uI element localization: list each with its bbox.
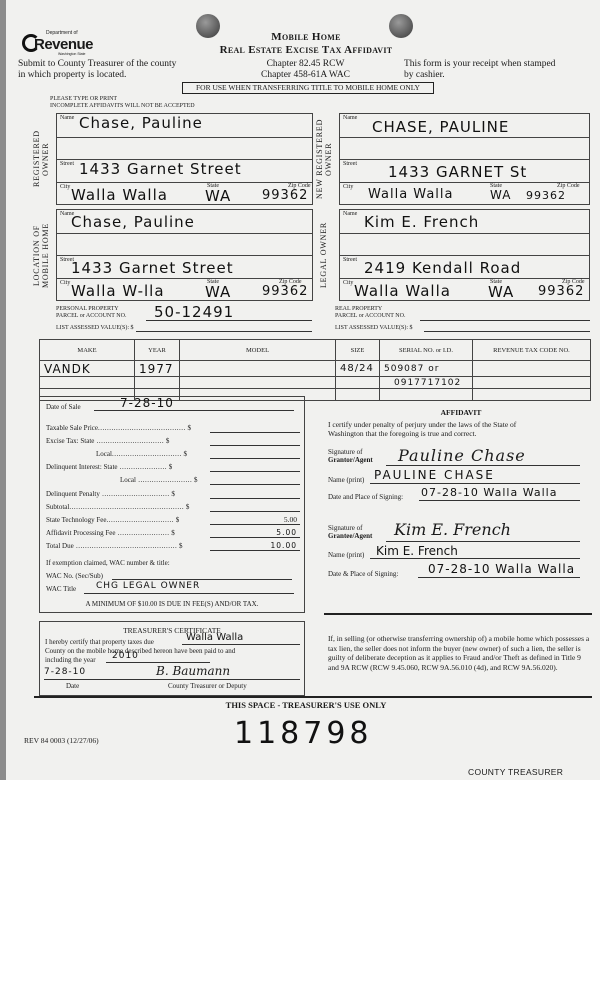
real-property-parcel-field[interactable] bbox=[420, 313, 590, 321]
fee-label: Local bbox=[120, 476, 136, 484]
header-serial: SERIAL NO. or I.D. bbox=[380, 340, 473, 361]
treasurer-line3: including the year bbox=[45, 656, 96, 664]
currency-symbol: $ bbox=[171, 529, 175, 537]
submit-note-line2: in which property is located. bbox=[18, 70, 176, 81]
fee-label: Total Due bbox=[46, 542, 74, 550]
legal-owner-name[interactable]: Kim E. French bbox=[364, 213, 479, 231]
currency-symbol: $ bbox=[171, 490, 175, 498]
grantor-name-label: Name (print) bbox=[328, 476, 364, 484]
serial-cell[interactable]: 509087 or bbox=[380, 361, 473, 377]
real-property-label: REAL PROPERTY PARCEL or ACCOUNT NO. bbox=[335, 306, 405, 320]
location-street-row[interactable]: Street 1433 Garnet Street bbox=[57, 256, 312, 279]
legal-owner-street[interactable]: 2419 Kendall Road bbox=[364, 259, 521, 277]
treasurer-signature-line[interactable]: 7-28-10 B. Baumann bbox=[44, 668, 300, 680]
section-label-line1: LOCATION OF bbox=[32, 224, 41, 285]
location-name-row2[interactable] bbox=[57, 234, 312, 256]
location-box: Name Chase, Pauline Street 1433 Garnet S… bbox=[56, 209, 313, 301]
treasurer-county-field[interactable]: Walla Walla bbox=[182, 634, 300, 645]
year-cell[interactable]: 1977 bbox=[135, 361, 180, 377]
submit-note: Submit to County Treasurer of the county… bbox=[18, 59, 176, 81]
street-label: Street bbox=[343, 257, 357, 263]
location-name-row[interactable]: Name Chase, Pauline bbox=[57, 210, 312, 234]
location-zip[interactable]: 99362 bbox=[262, 284, 308, 299]
location-of-mobile-home-label: LOCATION OF MOBILE HOME bbox=[32, 209, 54, 301]
treasurer-signature: B. Baumann bbox=[156, 664, 230, 678]
wac-title-field[interactable]: Chg Legal Owner bbox=[84, 582, 294, 594]
new-owner-city[interactable]: Walla Walla bbox=[368, 187, 454, 202]
serial-cell[interactable] bbox=[380, 389, 473, 401]
personal-assessed-label: LIST ASSESSED VALUE(S): $ bbox=[56, 325, 134, 332]
fee-label: Affidavit Processing Fee bbox=[46, 529, 115, 537]
receipt-note-line2: by cashier. bbox=[404, 70, 555, 81]
wac-title-value[interactable]: Chg Legal Owner bbox=[96, 581, 200, 591]
legal-owner-name-row2[interactable] bbox=[340, 234, 589, 256]
fee-row-total-due: Total Due ..............................… bbox=[46, 542, 182, 550]
new-registered-owner-label: NEW REGISTERED OWNER bbox=[315, 113, 337, 205]
currency-symbol: $ bbox=[183, 450, 187, 458]
chapter-references: Chapter 82.45 RCW Chapter 458-61A WAC bbox=[261, 59, 350, 81]
registered-owner-zip[interactable]: 99362 bbox=[262, 188, 308, 203]
name-label: Name bbox=[343, 115, 357, 121]
treasurer-deputy-label: County Treasurer or Deputy bbox=[168, 682, 247, 690]
new-owner-zip[interactable]: 99362 bbox=[526, 189, 566, 202]
model-cell[interactable] bbox=[180, 361, 336, 377]
fee-label: Subtotal bbox=[46, 503, 69, 511]
year-cell[interactable] bbox=[135, 377, 180, 389]
grantee-date-place-field[interactable]: 07-28-10 Walla Walla bbox=[418, 563, 580, 578]
table-row: VANDK 1977 48/24 509087 or bbox=[40, 361, 591, 377]
city-label: City bbox=[60, 280, 70, 286]
legal-owner-city[interactable]: Walla Walla bbox=[354, 282, 451, 300]
location-city-row[interactable]: City Walla W-lla State WA Zip Code 99362 bbox=[57, 279, 312, 302]
fee-row-delinquent-local: Local ........................ $ bbox=[120, 476, 197, 484]
grantee-name-label: Name (print) bbox=[328, 551, 364, 559]
real-assessed-label: LIST ASSESSED VALUE(S): $ bbox=[335, 325, 413, 332]
new-registered-owner-box: Name CHASE, PAULINE Street 1433 GARNET S… bbox=[339, 113, 590, 205]
treasurer-year-value[interactable]: 2010 bbox=[112, 651, 139, 661]
section-label-line1: REGISTERED bbox=[32, 131, 41, 188]
model-cell[interactable] bbox=[180, 377, 336, 389]
form-title-line1: Mobile Home bbox=[6, 31, 600, 43]
size-cell[interactable] bbox=[336, 377, 380, 389]
affidavit-title: AFFIDAVIT bbox=[316, 408, 600, 417]
registered-owner-street-row[interactable]: Street 1433 Garnet Street bbox=[57, 160, 312, 183]
city-label: City bbox=[60, 184, 70, 190]
grantee-signature-field[interactable]: Kim E. French bbox=[386, 522, 580, 542]
new-owner-state[interactable]: WA bbox=[490, 188, 511, 202]
subtotal-field[interactable] bbox=[210, 502, 300, 512]
header-make: MAKE bbox=[40, 340, 135, 361]
fee-row-taxable-sale-price: Taxable Sale Price......................… bbox=[46, 424, 191, 432]
header-model: MODEL bbox=[180, 340, 336, 361]
legal-owner-street-row[interactable]: Street 2419 Kendall Road bbox=[340, 256, 589, 279]
new-owner-name-row[interactable]: Name CHASE, PAULINE bbox=[340, 114, 589, 138]
instruction-type-or-print: PLEASE TYPE OR PRINT bbox=[50, 96, 195, 103]
section-label-line2: OWNER bbox=[324, 142, 333, 175]
location-city[interactable]: Walla W-lla bbox=[71, 282, 165, 300]
affidavit-processing-fee-field[interactable]: 5.00 bbox=[210, 528, 300, 538]
city-label: City bbox=[343, 184, 353, 190]
fee-row-delinquent-penalty: Delinquent Penalty .....................… bbox=[46, 490, 175, 498]
table-header-row: MAKE YEAR MODEL SIZE SERIAL NO. or I.D. … bbox=[40, 340, 591, 361]
county-treasurer-stamp: COUNTY TREASURER bbox=[468, 767, 563, 777]
form-title-line2: Real Estate Excise Tax Affidavit bbox=[6, 44, 600, 56]
registered-owner-street[interactable]: 1433 Garnet Street bbox=[79, 160, 242, 178]
city-label: City bbox=[343, 280, 353, 286]
personal-assessed-value-field[interactable] bbox=[136, 324, 312, 332]
treasurer-date-label: Date bbox=[66, 682, 79, 690]
treasurer-use-heading: THIS SPACE - TREASURER'S USE ONLY bbox=[6, 700, 600, 710]
grantor-signature-field[interactable]: Pauline Chase bbox=[386, 448, 580, 466]
affidavit-statement-line1: I certify under penalty of perjury under… bbox=[328, 420, 516, 429]
grantor-signature-label-line1: Signature of bbox=[328, 448, 373, 456]
make-cell[interactable]: VANDK bbox=[40, 361, 135, 377]
real-assessed-value-field[interactable] bbox=[424, 324, 590, 332]
fee-row-state-technology: State Technology Fee....................… bbox=[46, 516, 179, 524]
currency-symbol: $ bbox=[179, 542, 183, 550]
legal-owner-zip[interactable]: 99362 bbox=[538, 284, 584, 299]
excise-tax-state-field[interactable] bbox=[210, 436, 300, 446]
street-label: Street bbox=[343, 161, 357, 167]
wac-no-field[interactable] bbox=[112, 571, 292, 580]
personal-property-label-line1: PERSONAL PROPERTY bbox=[56, 306, 126, 313]
receipt-note: This form is your receipt when stamped b… bbox=[404, 59, 555, 81]
tax-code-cell[interactable] bbox=[473, 361, 591, 377]
header-year: YEAR bbox=[135, 340, 180, 361]
legal-owner-box: Name Kim E. French Street 2419 Kendall R… bbox=[339, 209, 590, 301]
wac-no-label: WAC No. (Sec/Sub) bbox=[46, 572, 103, 580]
location-street[interactable]: 1433 Garnet Street bbox=[71, 259, 234, 277]
currency-symbol: $ bbox=[166, 437, 170, 445]
grantee-signature-label: Signature of Grantee/Agent bbox=[328, 524, 372, 540]
serial-cell[interactable]: 0917717102 bbox=[380, 377, 473, 389]
grantor-signature-label-line2: Grantor/Agent bbox=[328, 456, 373, 464]
real-property-label-line2: PARCEL or ACCOUNT NO. bbox=[335, 313, 405, 320]
fee-label: Local bbox=[96, 450, 112, 458]
currency-symbol: $ bbox=[169, 463, 173, 471]
location-name[interactable]: Chase, Pauline bbox=[71, 213, 195, 231]
legal-owner-city-row[interactable]: City Walla Walla State WA Zip Code 99362 bbox=[340, 279, 589, 302]
treasurer-year-field[interactable]: 2010 bbox=[106, 653, 210, 663]
grantor-date-place-field[interactable]: 07-28-10 Walla Walla bbox=[419, 487, 580, 501]
grantor-signature-label: Signature of Grantor/Agent bbox=[328, 448, 373, 464]
currency-symbol: $ bbox=[176, 516, 180, 524]
grantor-date-place-value[interactable]: 07-28-10 Walla Walla bbox=[421, 486, 557, 499]
taxable-sale-price-field[interactable] bbox=[210, 423, 300, 433]
section-label-line1: NEW REGISTERED bbox=[315, 119, 324, 199]
grantee-signature-label-line2: Grantee/Agent bbox=[328, 532, 372, 540]
new-owner-street[interactable]: 1433 GARNET St bbox=[388, 163, 527, 181]
registered-owner-box: Name Chase, Pauline Street 1433 Garnet S… bbox=[56, 113, 313, 205]
grantor-signature: Pauline Chase bbox=[398, 446, 526, 465]
registered-owner-label: REGISTERED OWNER bbox=[32, 113, 54, 205]
excise-tax-local-field[interactable] bbox=[210, 449, 300, 459]
date-of-sale-label: Date of Sale bbox=[46, 403, 81, 411]
treasurer-use-divider bbox=[34, 696, 592, 698]
header-size: SIZE bbox=[336, 340, 380, 361]
grantee-signature: Kim E. French bbox=[394, 520, 511, 539]
grantee-date-label: Date & Place of Signing: bbox=[328, 570, 398, 578]
tax-code-cell[interactable] bbox=[473, 377, 591, 389]
treasurer-line1: I hereby certify that property taxes due bbox=[45, 638, 154, 646]
make-cell[interactable] bbox=[40, 377, 135, 389]
name-label: Name bbox=[343, 211, 357, 217]
size-cell[interactable] bbox=[336, 389, 380, 401]
delinquent-interest-local-field[interactable] bbox=[210, 475, 300, 485]
instruction-incomplete: INCOMPLETE AFFIDAVITS WILL NOT BE ACCEPT… bbox=[50, 103, 195, 110]
name-label: Name bbox=[60, 115, 74, 121]
grantee-signature-label-line1: Signature of bbox=[328, 524, 372, 532]
instructions: PLEASE TYPE OR PRINT INCOMPLETE AFFIDAVI… bbox=[50, 96, 195, 110]
fee-calculation-box: Date of Sale 7-28-10 Taxable Sale Price.… bbox=[39, 396, 305, 613]
new-owner-name-row2[interactable] bbox=[340, 138, 589, 160]
legal-owner-name-row[interactable]: Name Kim E. French bbox=[340, 210, 589, 234]
fee-row-excise-local: Local............................... $ bbox=[96, 450, 187, 458]
legal-owner-label: LEGAL OWNER bbox=[319, 209, 335, 301]
registered-owner-state[interactable]: WA bbox=[205, 187, 231, 205]
new-owner-name[interactable]: CHASE, PAULINE bbox=[372, 118, 509, 136]
fee-row-excise-state: Excise Tax: State ......................… bbox=[46, 437, 169, 445]
fee-row-subtotal: Subtotal................................… bbox=[46, 503, 189, 511]
legal-owner-state[interactable]: WA bbox=[488, 283, 514, 301]
street-label: Street bbox=[60, 161, 74, 167]
registered-owner-city[interactable]: Walla Walla bbox=[71, 186, 168, 204]
receipt-number: 118798 bbox=[234, 716, 373, 751]
new-owner-street-row[interactable]: Street 1433 GARNET St bbox=[340, 160, 589, 183]
currency-symbol: $ bbox=[188, 424, 192, 432]
fee-label: Delinquent Penalty bbox=[46, 490, 100, 498]
fee-label: Delinquent Interest: State bbox=[46, 463, 118, 471]
affidavit-divider bbox=[324, 613, 592, 615]
fraud-notice: If, in selling (or otherwise transferrin… bbox=[328, 634, 592, 672]
exemption-label: If exemption claimed, WAC number & title… bbox=[46, 559, 170, 567]
fee-label: State Technology Fee bbox=[46, 516, 106, 524]
personal-property-label-line2: PARCEL or ACCOUNT NO. bbox=[56, 313, 126, 320]
size-cell[interactable]: 48/24 bbox=[336, 361, 380, 377]
form-number: REV 84 0003 (12/27/06) bbox=[24, 736, 99, 745]
currency-symbol: $ bbox=[194, 476, 198, 484]
personal-property-parcel-field[interactable]: 50-12491 bbox=[146, 305, 312, 321]
total-due-field[interactable]: 10.00 bbox=[210, 541, 300, 551]
fee-label: Excise Tax: State bbox=[46, 437, 94, 445]
grantee-name-value[interactable]: Kim E. French bbox=[376, 544, 458, 558]
section-label-line2: MOBILE HOME bbox=[41, 222, 50, 287]
treasurer-date-value[interactable]: 7-28-10 bbox=[44, 667, 86, 677]
delinquent-interest-state-field[interactable] bbox=[210, 462, 300, 472]
mobile-home-table: MAKE YEAR MODEL SIZE SERIAL NO. or I.D. … bbox=[39, 339, 591, 401]
submit-note-line1: Submit to County Treasurer of the county bbox=[18, 59, 176, 70]
section-label-line2: OWNER bbox=[41, 142, 50, 175]
state-technology-fee-field[interactable]: 5.00 bbox=[210, 515, 300, 525]
grantee-date-place-value[interactable]: 07-28-10 Walla Walla bbox=[428, 562, 575, 576]
fee-label: Taxable Sale Price bbox=[46, 424, 98, 432]
currency-symbol: $ bbox=[186, 503, 190, 511]
wac-title-label: WAC Title bbox=[46, 585, 76, 593]
new-owner-city-row[interactable]: City Walla Walla State WA Zip Code 99362 bbox=[340, 183, 589, 206]
section-label-line1: LEGAL OWNER bbox=[319, 222, 328, 288]
date-of-sale-field[interactable]: 7-28-10 bbox=[94, 399, 294, 411]
minimum-fee-note: A MINIMUM OF $10.00 IS DUE IN FEE(S) AND… bbox=[40, 600, 304, 608]
affidavit-statement-line2: Washington that the foregoing is true an… bbox=[328, 429, 516, 438]
treasurers-certificate-box: TREASURER'S CERTIFICATE I hereby certify… bbox=[39, 621, 305, 696]
chapter-wac: Chapter 458-61A WAC bbox=[261, 70, 350, 81]
registered-owner-name[interactable]: Chase, Pauline bbox=[79, 114, 203, 132]
personal-property-parcel-value[interactable]: 50-12491 bbox=[154, 303, 234, 321]
real-property-label-line1: REAL PROPERTY bbox=[335, 306, 405, 313]
receipt-note-line1: This form is your receipt when stamped bbox=[404, 59, 555, 70]
treasurer-county-value[interactable]: Walla Walla bbox=[186, 632, 243, 643]
registered-owner-name-row[interactable]: Name Chase, Pauline bbox=[57, 114, 312, 138]
affidavit-page: Department of Revenue Washington State M… bbox=[0, 0, 600, 780]
grantee-name-field[interactable]: Kim E. French bbox=[370, 545, 580, 559]
delinquent-penalty-field[interactable] bbox=[210, 489, 300, 499]
date-of-sale-value[interactable]: 7-28-10 bbox=[120, 396, 174, 410]
registered-owner-city-row[interactable]: City Walla Walla State WA Zip Code 99362 bbox=[57, 183, 312, 206]
personal-property-label: PERSONAL PROPERTY PARCEL or ACCOUNT NO. bbox=[56, 306, 126, 320]
registered-owner-name-row2[interactable] bbox=[57, 138, 312, 160]
grantor-date-label: Date and Place of Signing: bbox=[328, 493, 403, 501]
grantor-name-field[interactable]: PAULINE CHASE bbox=[370, 469, 580, 484]
tax-code-cell[interactable] bbox=[473, 389, 591, 401]
grantor-name-value[interactable]: PAULINE CHASE bbox=[374, 468, 495, 482]
table-row: 0917717102 bbox=[40, 377, 591, 389]
fee-row-delinquent-state: Delinquent Interest: State .............… bbox=[46, 463, 172, 471]
chapter-rcw: Chapter 82.45 RCW bbox=[261, 59, 350, 70]
location-state[interactable]: WA bbox=[205, 283, 231, 301]
fee-row-affidavit-processing: Affidavit Processing Fee ...............… bbox=[46, 529, 175, 537]
header-revenue-tax-code: REVENUE TAX CODE NO. bbox=[473, 340, 591, 361]
for-use-banner: FOR USE WHEN TRANSFERRING TITLE TO MOBIL… bbox=[182, 82, 434, 94]
affidavit-statement: I certify under penalty of perjury under… bbox=[328, 420, 516, 438]
